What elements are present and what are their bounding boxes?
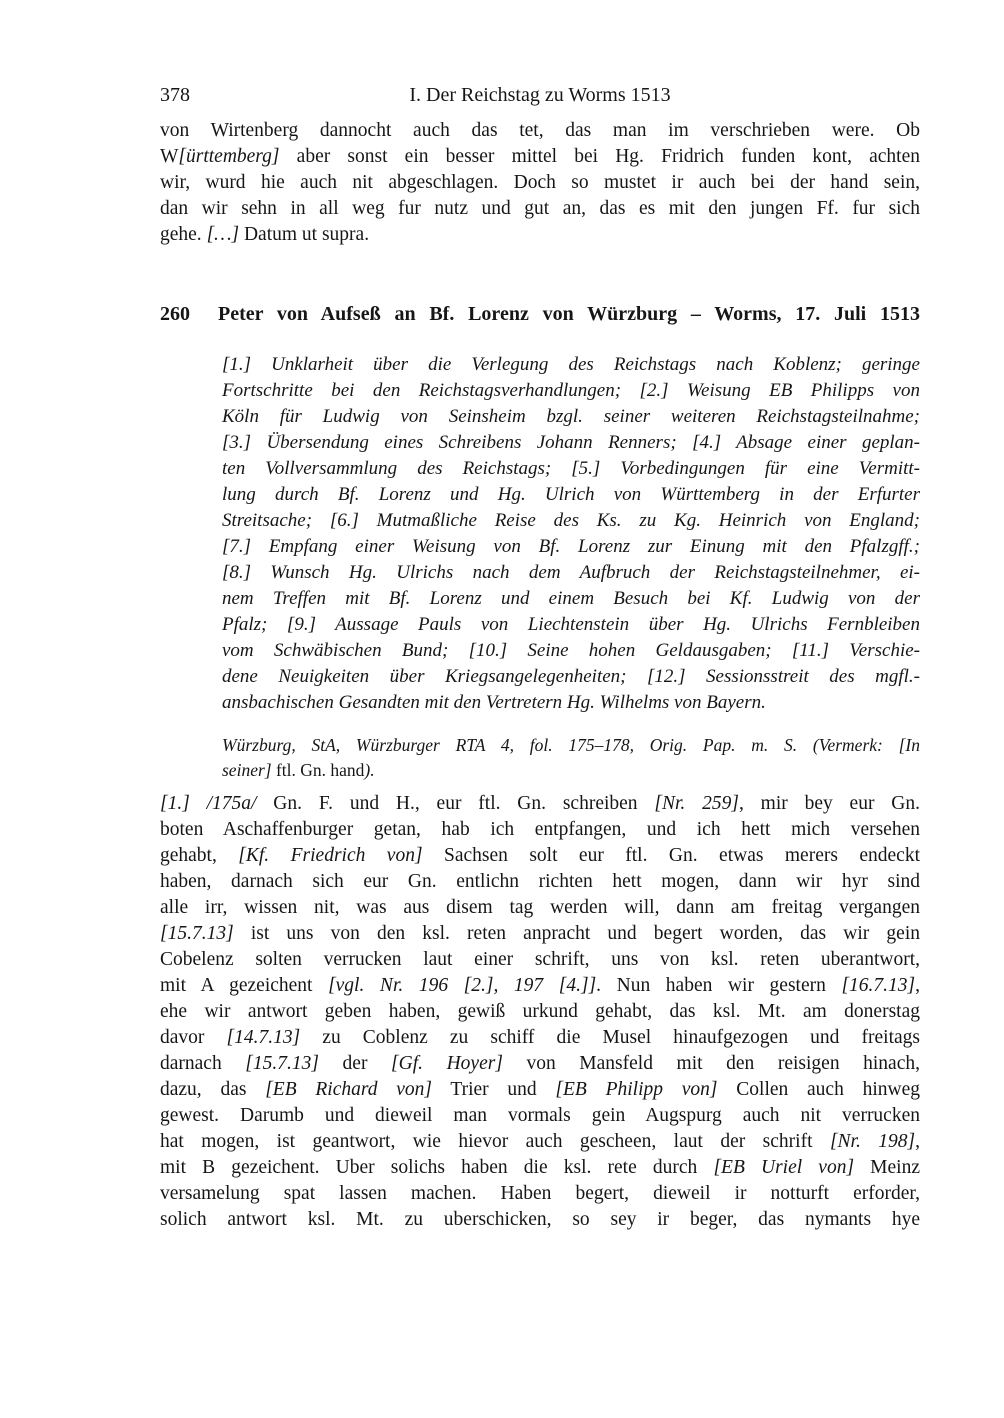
text-line: boten Aschaffenburger getan, hab ich ent…	[160, 817, 920, 843]
text-line: W[ürttemberg] aber sonst ein besser mitt…	[160, 144, 920, 170]
text-segment: hat mogen, ist geantwort, wie hievor auc…	[160, 1131, 830, 1152]
italic-text-segment: [1.] Unklarheit über die Verlegung des R…	[222, 354, 920, 375]
text-segment: haben, darnach sich eur Gn. entlichn ric…	[160, 871, 920, 892]
text-line: [1.] /175a/ Gn. F. und H., eur ftl. Gn. …	[160, 791, 920, 817]
text-segment: von Wirtenberg dannocht auch das tet, da…	[160, 120, 920, 141]
text-segment: ftl. Gn. hand	[272, 760, 365, 780]
document-number: 260	[160, 301, 218, 328]
text-segment: ist uns von den ksl. reten anpracht und …	[234, 923, 920, 944]
text-segment: dan wir sehn in all weg fur nutz und gut…	[160, 198, 920, 219]
text-segment: Cobelenz solten verrucken laut einer sch…	[160, 949, 920, 970]
text-segment: . Nun haben wir gestern	[596, 975, 841, 996]
text-segment: , mir bey eur Gn.	[739, 793, 920, 814]
text-line: von Wirtenberg dannocht auch das tet, da…	[160, 118, 920, 144]
text-line: [8.] Wunsch Hg. Ulrichs nach dem Aufbruc…	[222, 560, 920, 586]
italic-text-segment: Würzburg, StA, Würzburger RTA 4, fol. 17…	[222, 735, 920, 755]
text-segment: aber sonst ein besser mittel bei Hg. Fri…	[280, 146, 920, 167]
summary-block: [1.] Unklarheit über die Verlegung des R…	[222, 352, 920, 716]
italic-text-segment: [15.7.13]	[245, 1053, 319, 1074]
running-title: I. Der Reichstag zu Worms 1513	[160, 84, 920, 107]
italic-text-segment: [vgl. Nr. 196 [2.], 197 [4.]]	[328, 975, 596, 996]
text-segment: Meinz	[854, 1157, 920, 1178]
text-line: [3.] Übersendung eines Schreibens Johann…	[222, 430, 920, 456]
text-segment: davor	[160, 1027, 227, 1048]
text-line: gewest. Darumb und dieweil man vormals g…	[160, 1103, 920, 1129]
text-line: lung durch Bf. Lorenz und Hg. Ulrich von…	[222, 482, 920, 508]
source-citation: Würzburg, StA, Würzburger RTA 4, fol. 17…	[222, 733, 920, 783]
text-line: nem Treffen mit Bf. Lorenz und einem Bes…	[222, 586, 920, 612]
text-line: gehe. […] Datum ut supra.	[160, 222, 920, 248]
document-heading: 260 Peter von Aufseß an Bf. Lorenz von W…	[160, 301, 920, 328]
text-line: vom Schwäbischen Bund; [10.] Seine hohen…	[222, 638, 920, 664]
text-line: Streitsache; [6.] Mutmaßliche Reise des …	[222, 508, 920, 534]
text-line: hat mogen, ist geantwort, wie hievor auc…	[160, 1129, 920, 1155]
intro-paragraph: von Wirtenberg dannocht auch das tet, da…	[160, 118, 920, 248]
italic-text-segment: [ürttemberg]	[178, 146, 279, 167]
italic-text-segment: vom Schwäbischen Bund; [10.] Seine hohen…	[222, 640, 920, 661]
italic-text-segment: [15.7.13]	[160, 923, 234, 944]
italic-text-segment: [3.] Übersendung eines Schreibens Johann…	[222, 432, 920, 453]
italic-text-segment: Fortschritte bei den Reichstagsverhandlu…	[222, 380, 920, 401]
text-segment: versamelung spat lassen machen. Haben be…	[160, 1183, 920, 1204]
text-segment: Collen auch hinweg	[718, 1079, 920, 1100]
text-line: mit A gezeichent [vgl. Nr. 196 [2.], 197…	[160, 973, 920, 999]
italic-text-segment: lung durch Bf. Lorenz und Hg. Ulrich von…	[222, 484, 920, 505]
text-segment: dazu, das	[160, 1079, 265, 1100]
text-segment: W	[160, 146, 178, 167]
text-line: mit B gezeichent. Uber solichs haben die…	[160, 1155, 920, 1181]
text-line: [1.] Unklarheit über die Verlegung des R…	[222, 352, 920, 378]
italic-text-segment: [Nr. 198]	[830, 1131, 915, 1152]
italic-text-segment: [EB Uriel von]	[713, 1157, 854, 1178]
text-line: ansbachischen Gesandten mit den Vertrete…	[222, 690, 920, 716]
italic-text-segment: [EB Richard von]	[265, 1079, 432, 1100]
text-segment: mit B gezeichent. Uber solichs haben die…	[160, 1157, 713, 1178]
italic-text-segment: Pfalz; [9.] Aussage Pauls von Liechtenst…	[222, 614, 920, 635]
text-line: solich antwort ksl. Mt. zu uberschicken,…	[160, 1207, 920, 1233]
italic-text-segment: [Nr. 259]	[654, 793, 739, 814]
text-segment: der	[319, 1053, 391, 1074]
text-segment: ,	[915, 1131, 920, 1152]
text-segment: boten Aschaffenburger getan, hab ich ent…	[160, 819, 920, 840]
text-line: wir, wurd hie auch nit abgeschlagen. Doc…	[160, 170, 920, 196]
text-line: [7.] Empfang einer Weisung von Bf. Loren…	[222, 534, 920, 560]
italic-text-segment: [Gf. Hoyer]	[391, 1053, 503, 1074]
italic-text-segment: [1.] /175a/	[160, 793, 256, 814]
italic-text-segment: seiner]	[222, 760, 272, 780]
text-segment: darnach	[160, 1053, 245, 1074]
book-page: 378 I. Der Reichstag zu Worms 1513 von W…	[0, 0, 1004, 1418]
italic-text-segment: nem Treffen mit Bf. Lorenz und einem Bes…	[222, 588, 920, 609]
text-segment: wir, wurd hie auch nit abgeschlagen. Doc…	[160, 172, 920, 193]
text-segment: alle irr, wissen nit, was aus disem tag …	[160, 897, 920, 918]
text-line: versamelung spat lassen machen. Haben be…	[160, 1181, 920, 1207]
text-line: alle irr, wissen nit, was aus disem tag …	[160, 895, 920, 921]
text-line: gehabt, [Kf. Friedrich von] Sachsen solt…	[160, 843, 920, 869]
text-line: dan wir sehn in all weg fur nutz und gut…	[160, 196, 920, 222]
text-line: haben, darnach sich eur Gn. entlichn ric…	[160, 869, 920, 895]
text-line: ten Vollversammlung des Reichstags; [5.]…	[222, 456, 920, 482]
text-line: Würzburg, StA, Würzburger RTA 4, fol. 17…	[222, 733, 920, 758]
text-line: seiner] ftl. Gn. hand).	[222, 758, 920, 783]
text-line: dazu, das [EB Richard von] Trier und [EB…	[160, 1077, 920, 1103]
text-line: dene Neuigkeiten über Kriegsangelegenhei…	[222, 664, 920, 690]
text-segment: mit A gezeichent	[160, 975, 328, 996]
text-segment: von Mansfeld mit den reisigen hinach,	[503, 1053, 920, 1074]
text-segment: Datum ut supra.	[239, 224, 369, 245]
italic-text-segment: [Kf. Friedrich von]	[238, 845, 422, 866]
body-paragraph: [1.] /175a/ Gn. F. und H., eur ftl. Gn. …	[160, 791, 920, 1233]
italic-text-segment: [14.7.13]	[227, 1027, 301, 1048]
italic-text-segment: ten Vollversammlung des Reichstags; [5.]…	[222, 458, 920, 479]
text-segment: ehe wir antwort geben haben, gewiß urkun…	[160, 1001, 920, 1022]
italic-text-segment: [7.] Empfang einer Weisung von Bf. Loren…	[222, 536, 920, 557]
italic-text-segment: […]	[207, 224, 240, 245]
text-segment: solich antwort ksl. Mt. zu uberschicken,…	[160, 1209, 920, 1230]
page-header: 378 I. Der Reichstag zu Worms 1513	[160, 84, 920, 110]
italic-text-segment: Streitsache; [6.] Mutmaßliche Reise des …	[222, 510, 920, 531]
italic-text-segment: ansbachischen Gesandten mit den Vertrete…	[222, 692, 766, 713]
text-segment: Gn. F. und H., eur ftl. Gn. schreiben	[256, 793, 654, 814]
text-line: Cobelenz solten verrucken laut einer sch…	[160, 947, 920, 973]
text-segment: gehe.	[160, 224, 207, 245]
italic-text-segment: ).	[364, 760, 374, 780]
text-segment: ,	[915, 975, 920, 996]
text-segment: Sachsen solt eur ftl. Gn. etwas merers e…	[423, 845, 920, 866]
document-title: Peter von Aufseß an Bf. Lorenz von Würzb…	[218, 301, 920, 328]
text-segment: gewest. Darumb und dieweil man vormals g…	[160, 1105, 920, 1126]
text-line: Fortschritte bei den Reichstagsverhandlu…	[222, 378, 920, 404]
text-segment: gehabt,	[160, 845, 238, 866]
italic-text-segment: [EB Philipp von]	[555, 1079, 717, 1100]
text-segment: zu Coblenz zu schiff die Musel hinaufgez…	[300, 1027, 920, 1048]
italic-text-segment: [8.] Wunsch Hg. Ulrichs nach dem Aufbruc…	[222, 562, 920, 583]
text-line: Pfalz; [9.] Aussage Pauls von Liechtenst…	[222, 612, 920, 638]
italic-text-segment: Köln für Ludwig von Seinsheim bzgl. sein…	[222, 406, 920, 427]
text-line: darnach [15.7.13] der [Gf. Hoyer] von Ma…	[160, 1051, 920, 1077]
page-content: 378 I. Der Reichstag zu Worms 1513 von W…	[160, 84, 920, 1233]
text-line: Köln für Ludwig von Seinsheim bzgl. sein…	[222, 404, 920, 430]
text-segment: Trier und	[432, 1079, 555, 1100]
text-line: ehe wir antwort geben haben, gewiß urkun…	[160, 999, 920, 1025]
italic-text-segment: [16.7.13]	[841, 975, 915, 996]
text-line: davor [14.7.13] zu Coblenz zu schiff die…	[160, 1025, 920, 1051]
italic-text-segment: dene Neuigkeiten über Kriegsangelegenhei…	[222, 666, 920, 687]
text-line: [15.7.13] ist uns von den ksl. reten anp…	[160, 921, 920, 947]
